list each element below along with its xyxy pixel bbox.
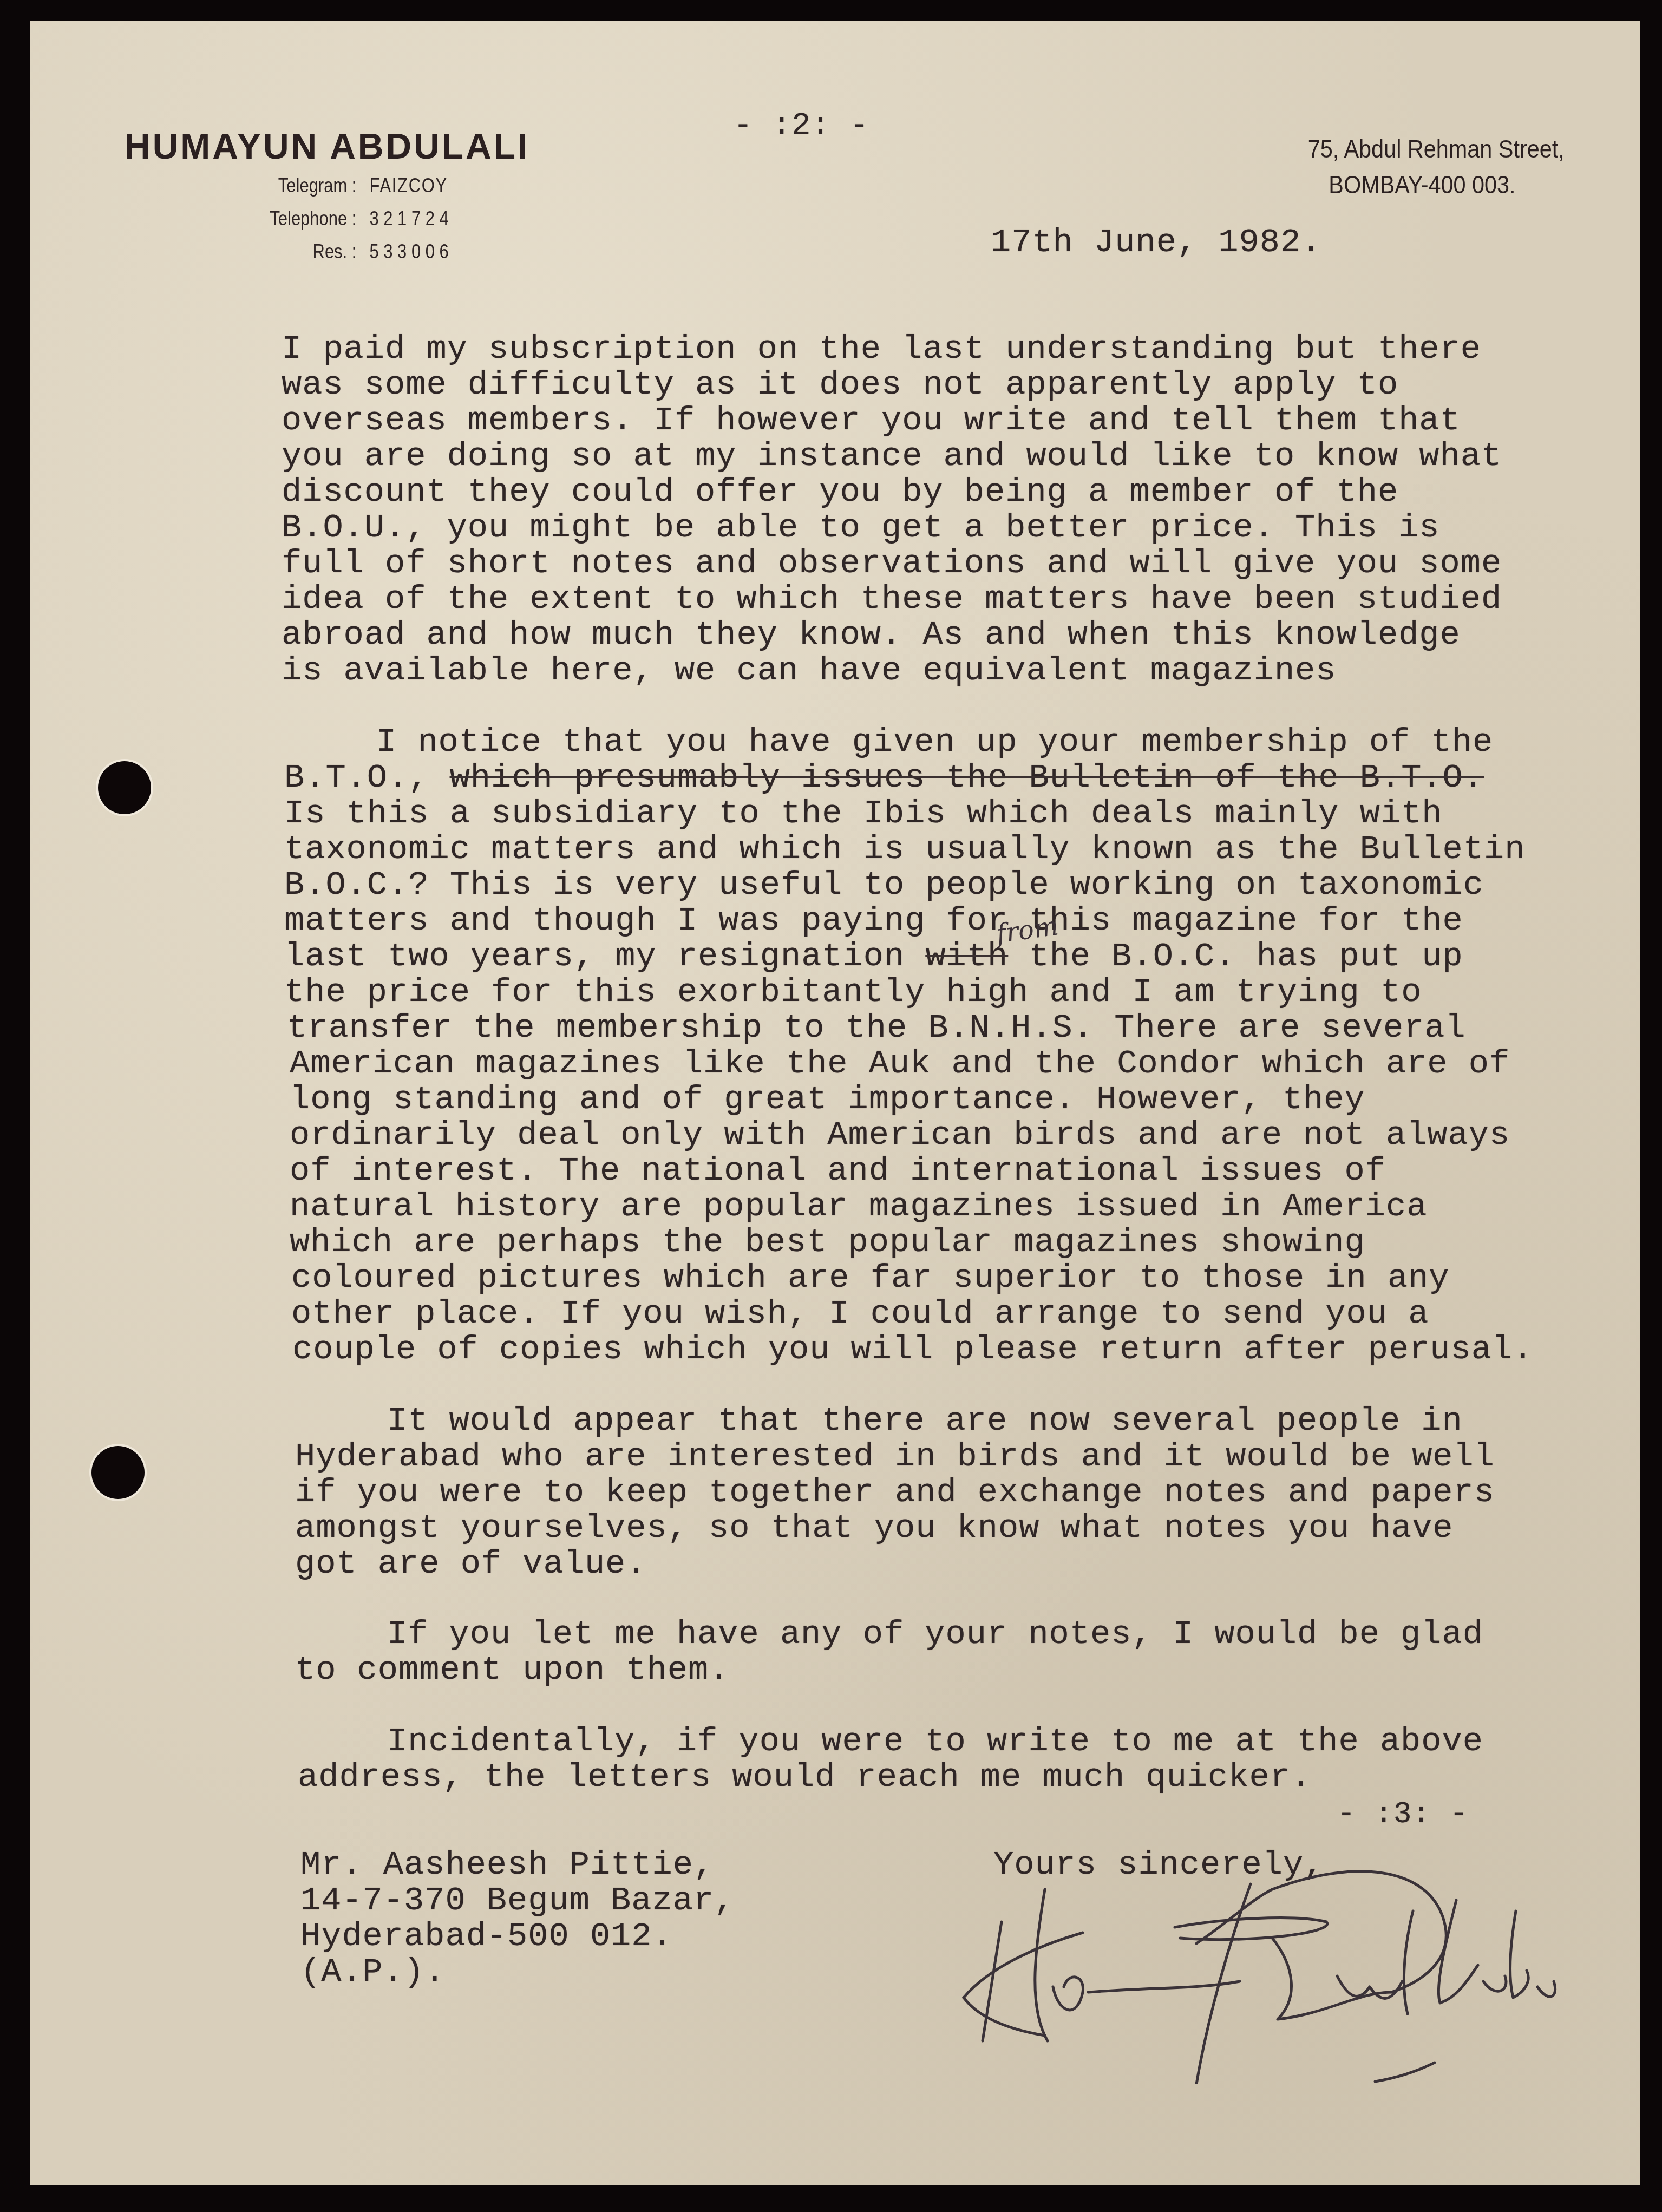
text-line: matters and though I was paying for this… — [284, 903, 1463, 939]
recipient-name: Mr. Aasheesh Pittie, — [300, 1847, 714, 1883]
recipient-street: 14-7-370 Begum Bazar, — [300, 1883, 735, 1919]
punch-hole-bottom — [91, 1446, 145, 1499]
text-line: long standing and of great importance. H… — [290, 1082, 1365, 1117]
letter-date: 17th June, 1982. — [991, 225, 1321, 260]
text-line: the price for this exorbitantly high and… — [284, 974, 1422, 1010]
text-line-corrected: last two years, my resignation with the … — [284, 939, 1463, 974]
next-page-marker: - :3: - — [1337, 1796, 1468, 1832]
text-line: B.O.C.? This is very useful to people wo… — [284, 867, 1484, 903]
bto-prefix: B.T.O., — [284, 758, 450, 797]
recipient-city: Hyderabad-500 012. — [300, 1919, 673, 1954]
text-line: address, the letters would reach me much… — [298, 1759, 1311, 1795]
residence-value: 533006 — [369, 240, 453, 263]
telephone-value: 321724 — [369, 207, 453, 230]
text-line: is available here, we can have equivalen… — [282, 653, 1337, 689]
text-line: I notice that you have given up your mem… — [376, 724, 1493, 760]
telephone-label: Telephone : — [245, 207, 356, 230]
letterhead-address-street: 75, Abdul Rehman Street, — [1308, 134, 1565, 163]
text-line: was some difficulty as it does not appar… — [282, 367, 1398, 403]
text-line: of interest. The national and internatio… — [290, 1153, 1386, 1189]
text-line: you are doing so at my instance and woul… — [282, 439, 1502, 474]
resign-suffix: the B.O.C. has put up — [1008, 937, 1463, 976]
text-line: got are of value. — [295, 1546, 647, 1582]
text-line: abroad and how much they know. As and wh… — [282, 617, 1461, 653]
residence-label: Res. : — [245, 240, 356, 263]
text-line: which are perhaps the best popular magaz… — [290, 1225, 1365, 1260]
text-line: Is this a subsidiary to the Ibis which d… — [284, 796, 1443, 832]
text-line: full of short notes and observations and… — [282, 546, 1502, 581]
letterhead-name: HUMAYUN ABDULALI — [125, 126, 529, 167]
text-line: idea of the extent to which these matter… — [282, 581, 1502, 617]
telegram-label: Telegram : — [245, 174, 356, 197]
struck-word: with — [925, 937, 1008, 976]
letterhead-residence: Res. :533006 — [245, 240, 453, 263]
text-line: B.O.U., you might be able to get a bette… — [282, 510, 1440, 546]
text-line: Hyderabad who are interested in birds an… — [295, 1439, 1495, 1475]
text-line: if you were to keep together and exchang… — [295, 1475, 1495, 1510]
text-line: couple of copies which you will please r… — [292, 1332, 1533, 1367]
struck-text: which presumably issues the Bulletin of … — [450, 758, 1484, 797]
letterhead-telephone: Telephone :321724 — [245, 207, 453, 230]
punch-hole-top — [98, 761, 151, 814]
letterhead-address-city: BOMBAY-400 003. — [1329, 170, 1516, 199]
handwritten-signature — [947, 1857, 1624, 2084]
text-line: other place. If you wish, I could arrang… — [291, 1296, 1429, 1332]
text-line: I paid my subscription on the last under… — [282, 331, 1481, 367]
page-number: - :2: - — [734, 108, 869, 144]
text-line: to comment upon them. — [295, 1652, 729, 1688]
text-line: natural history are popular magazines is… — [290, 1189, 1427, 1225]
text-line: Incidentally, if you were to write to me… — [387, 1724, 1483, 1759]
telegram-value: FAIZCOY — [369, 174, 448, 197]
text-line: taxonomic matters and which is usually k… — [284, 832, 1525, 867]
text-line: If you let me have any of your notes, I … — [387, 1617, 1483, 1652]
text-line: transfer the membership to the B.N.H.S. … — [287, 1010, 1466, 1046]
text-line: It would appear that there are now sever… — [387, 1403, 1463, 1439]
resign-prefix: last two years, my resignation — [284, 937, 925, 976]
text-line: discount they could offer you by being a… — [282, 474, 1398, 510]
recipient-state: (A.P.). — [300, 1954, 445, 1990]
text-line: American magazines like the Auk and the … — [290, 1046, 1510, 1082]
text-line: coloured pictures which are far superior… — [291, 1260, 1450, 1296]
text-line-struck: B.T.O., which presumably issues the Bull… — [284, 760, 1484, 796]
text-line: overseas members. If however you write a… — [282, 403, 1461, 439]
text-line: ordinarily deal only with American birds… — [290, 1117, 1510, 1153]
letterhead-telegram: Telegram :FAIZCOY — [245, 174, 448, 197]
text-line: amongst yourselves, so that you know wha… — [295, 1510, 1454, 1546]
